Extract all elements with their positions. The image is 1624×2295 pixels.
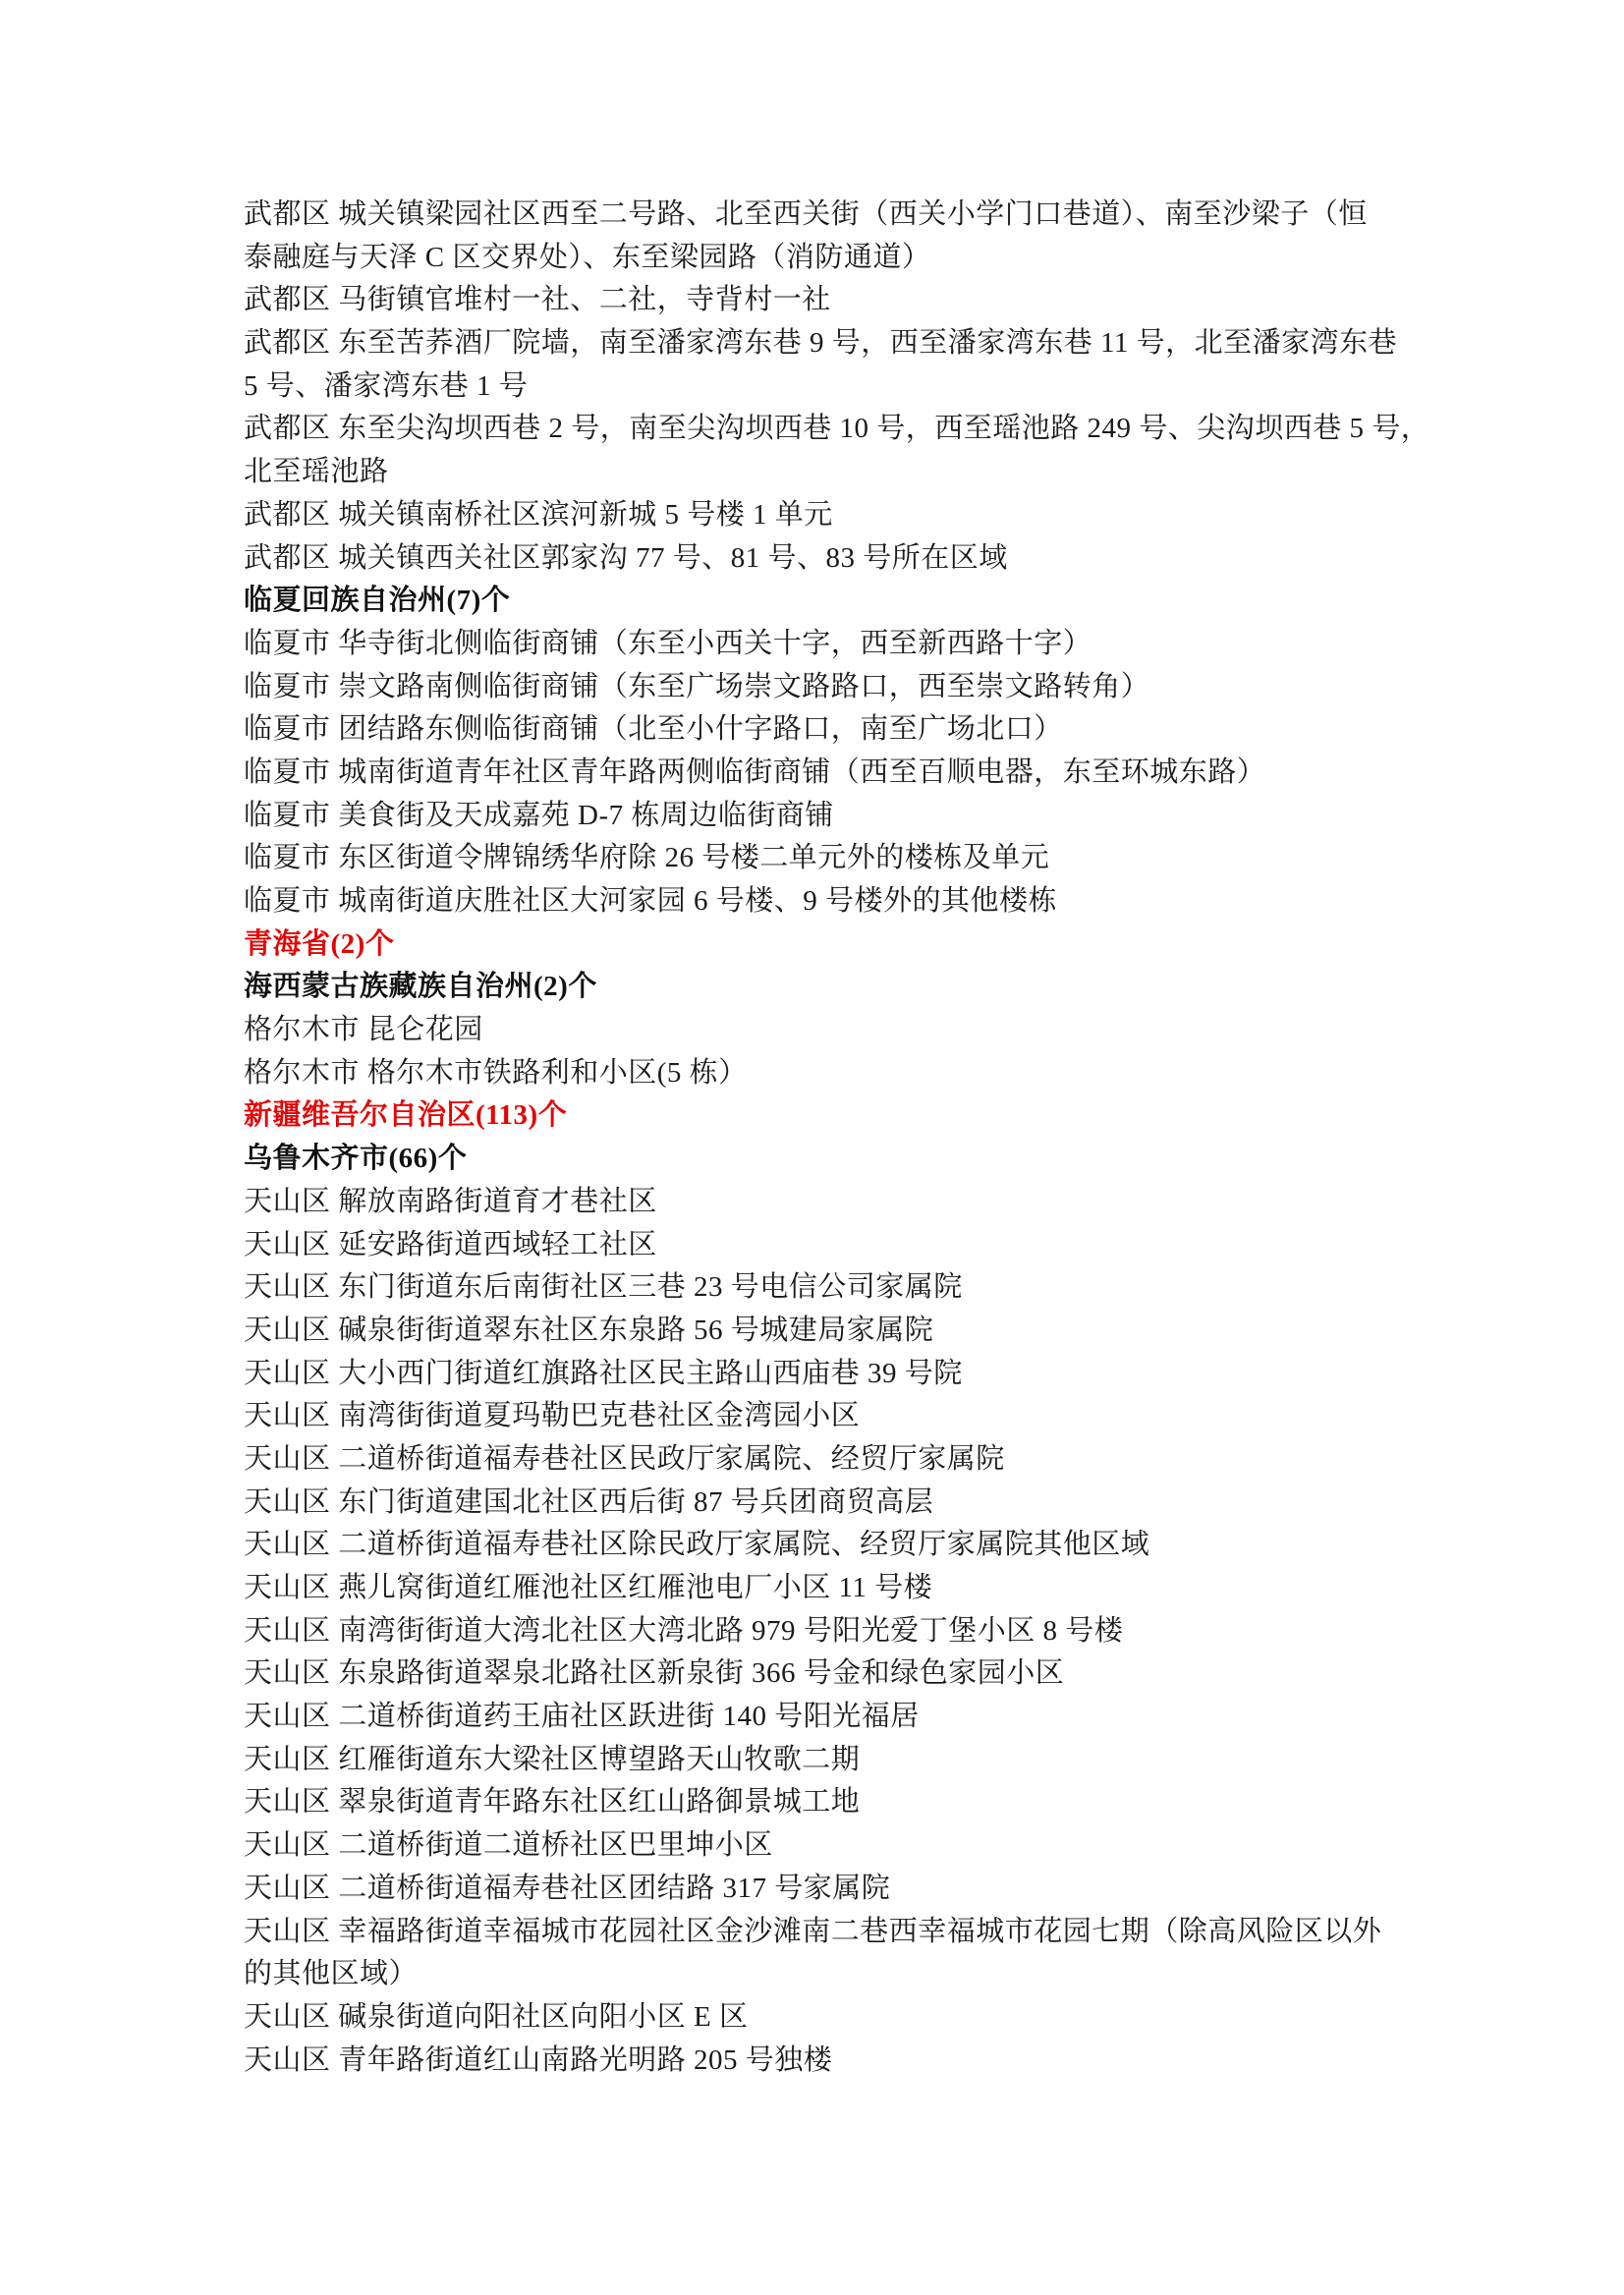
document-line: 天山区 翠泉街道青年路东社区红山路御景城工地	[244, 1781, 1398, 1824]
document-line: 天山区 二道桥街道药王庙社区跃进街 140 号阳光福居	[244, 1696, 1398, 1739]
document-line: 天山区 青年路街道红山南路光明路 205 号独楼	[244, 2040, 1398, 2083]
document-line: 天山区 二道桥街道福寿巷社区团结路 317 号家属院	[244, 1868, 1398, 1911]
document-line: 天山区 解放南路街道育才巷社区	[244, 1181, 1398, 1224]
document-line: 天山区 大小西门街道红旗路社区民主路山西庙巷 39 号院	[244, 1353, 1398, 1396]
prefecture-header-line: 乌鲁木齐市(66)个	[244, 1138, 1398, 1181]
document-line: 临夏市 城南街道庆胜社区大河家园 6 号楼、9 号楼外的其他楼栋	[244, 880, 1398, 924]
document-line: 天山区 幸福路街道幸福城市花园社区金沙滩南二巷西幸福城市花园七期（除高风险区以外	[244, 1911, 1398, 1954]
document-line: 泰融庭与天泽 C 区交界处）、东至梁园路（消防通道）	[244, 237, 1398, 280]
document-line: 武都区 东至苦荞酒厂院墙，南至潘家湾东巷 9 号，西至潘家湾东巷 11 号，北至…	[244, 322, 1398, 365]
document-line: 武都区 马街镇官堆村一社、二社，寺背村一社	[244, 279, 1398, 322]
document-line: 天山区 二道桥街道二道桥社区巴里坤小区	[244, 1824, 1398, 1868]
document-line: 临夏市 崇文路南侧临街商铺（东至广场崇文路路口，西至崇文路转角）	[244, 666, 1398, 709]
document-line: 北至瑶池路	[244, 451, 1398, 494]
document-line: 格尔木市 格尔木市铁路利和小区(5 栋）	[244, 1052, 1398, 1095]
document-line: 武都区 城关镇西关社区郭家沟 77 号、81 号、83 号所在区域	[244, 537, 1398, 581]
document-line: 天山区 东门街道建国北社区西后街 87 号兵团商贸高层	[244, 1482, 1398, 1525]
document-line: 5 号、潘家湾东巷 1 号	[244, 365, 1398, 409]
document-line: 临夏市 华寺街北侧临街商铺（东至小西关十字，西至新西路十字）	[244, 623, 1398, 666]
document-line: 临夏市 团结路东侧临街商铺（北至小什字路口，南至广场北口）	[244, 708, 1398, 752]
document-line: 天山区 南湾街街道夏玛勒巴克巷社区金湾园小区	[244, 1395, 1398, 1438]
document-line: 格尔木市 昆仑花园	[244, 1009, 1398, 1052]
document-line: 天山区 碱泉街街道翠东社区东泉路 56 号城建局家属院	[244, 1310, 1398, 1353]
document-line: 天山区 东门街道东后南街社区三巷 23 号电信公司家属院	[244, 1266, 1398, 1310]
document-line: 天山区 碱泉街道向阳社区向阳小区 E 区	[244, 1996, 1398, 2040]
document-line: 武都区 城关镇梁园社区西至二号路、北至西关街（西关小学门口巷道）、南至沙梁子（恒	[244, 194, 1398, 237]
province-header-line: 青海省(2)个	[244, 924, 1398, 967]
document-line: 武都区 城关镇南桥社区滨河新城 5 号楼 1 单元	[244, 494, 1398, 537]
document-line: 天山区 南湾街街道大湾北社区大湾北路 979 号阳光爱丁堡小区 8 号楼	[244, 1610, 1398, 1653]
document-line: 天山区 延安路街道西域轻工社区	[244, 1224, 1398, 1267]
province-header-line: 新疆维吾尔自治区(113)个	[244, 1094, 1398, 1138]
document-line: 临夏市 城南街道青年社区青年路两侧临街商铺（西至百顺电器，东至环城东路）	[244, 752, 1398, 795]
document-line: 天山区 燕儿窝街道红雁池社区红雁池电厂小区 11 号楼	[244, 1567, 1398, 1610]
document-line: 临夏市 美食街及天成嘉苑 D-7 栋周边临街商铺	[244, 795, 1398, 838]
document-line: 天山区 二道桥街道福寿巷社区除民政厅家属院、经贸厅家属院其他区域	[244, 1524, 1398, 1567]
document-page: 武都区 城关镇梁园社区西至二号路、北至西关街（西关小学门口巷道）、南至沙梁子（恒…	[0, 0, 1624, 2295]
document-line: 天山区 红雁街道东大梁社区博望路天山牧歌二期	[244, 1739, 1398, 1782]
document-line: 天山区 二道桥街道福寿巷社区民政厅家属院、经贸厅家属院	[244, 1438, 1398, 1482]
prefecture-header-line: 临夏回族自治州(7)个	[244, 580, 1398, 623]
document-body: 武都区 城关镇梁园社区西至二号路、北至西关街（西关小学门口巷道）、南至沙梁子（恒…	[244, 194, 1398, 2082]
document-line: 临夏市 东区街道令牌锦绣华府除 26 号楼二单元外的楼栋及单元	[244, 837, 1398, 880]
document-line: 武都区 东至尖沟坝西巷 2 号，南至尖沟坝西巷 10 号，西至瑶池路 249 号…	[244, 408, 1398, 451]
document-line: 的其他区域）	[244, 1953, 1398, 1996]
document-line: 天山区 东泉路街道翠泉北路社区新泉街 366 号金和绿色家园小区	[244, 1652, 1398, 1696]
prefecture-header-line: 海西蒙古族藏族自治州(2)个	[244, 966, 1398, 1009]
